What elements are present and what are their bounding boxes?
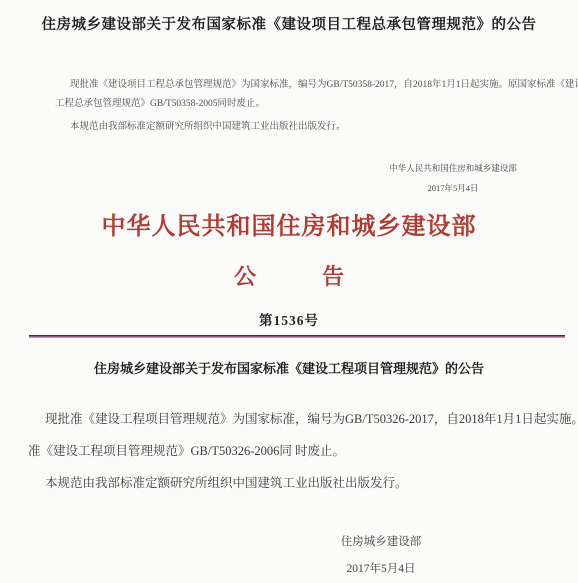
- document-page: 住房城乡建设部关于发布国家标准《建设项目工程总承包管理规范》的公告 现批准《建设…: [0, 0, 578, 583]
- main-body-line-2: 准《建设工程项目管理规范》GB/T50326-2006同 时废止。: [28, 435, 558, 467]
- top-body-line-2: 工程总承包管理规范》GB/T50358-2005同时废止。: [55, 95, 495, 114]
- main-signature-block: 住房城乡建设部 2017年5月4日: [300, 533, 462, 576]
- main-announcement-body: 现批准《建设工程项目管理规范》为国家标准，编号为GB/T50326-2017，自…: [28, 403, 558, 499]
- gazette-number: 第1536号: [0, 309, 578, 329]
- main-body-line-1: 现批准《建设工程项目管理规范》为国家标准，编号为GB/T50326-2017，自…: [28, 403, 558, 435]
- gazette-notice-label: 公 告: [0, 260, 578, 291]
- top-body-line-1: 现批准《建设项目工程总承包管理规范》为国家标准，编号为GB/T50358-201…: [55, 76, 495, 95]
- main-signature-date: 2017年5月4日: [300, 560, 462, 576]
- top-signature-block: 中华人民共和国住房和城乡建设部 2017年5月4日: [372, 162, 534, 194]
- main-announcement-title: 住房城乡建设部关于发布国家标准《建设工程项目管理规范》的公告: [0, 358, 578, 377]
- top-signature: 中华人民共和国住房和城乡建设部: [372, 162, 534, 174]
- top-announcement-body: 现批准《建设项目工程总承包管理规范》为国家标准，编号为GB/T50358-201…: [55, 76, 495, 137]
- gazette-divider-line: [29, 335, 565, 338]
- main-signature: 住房城乡建设部: [300, 533, 462, 549]
- top-announcement-title: 住房城乡建设部关于发布国家标准《建设项目工程总承包管理规范》的公告: [0, 13, 578, 34]
- gazette-ministry-title: 中华人民共和国住房和城乡建设部: [0, 206, 578, 241]
- main-body-line-3: 本规范由我部标准定额研究所组织中国建筑工业出版社出版发行。: [28, 467, 558, 499]
- top-signature-date: 2017年5月4日: [372, 182, 534, 194]
- top-body-line-3: 本规范由我部标准定额研究所组织中国建筑工业出版社出版发行。: [55, 118, 495, 137]
